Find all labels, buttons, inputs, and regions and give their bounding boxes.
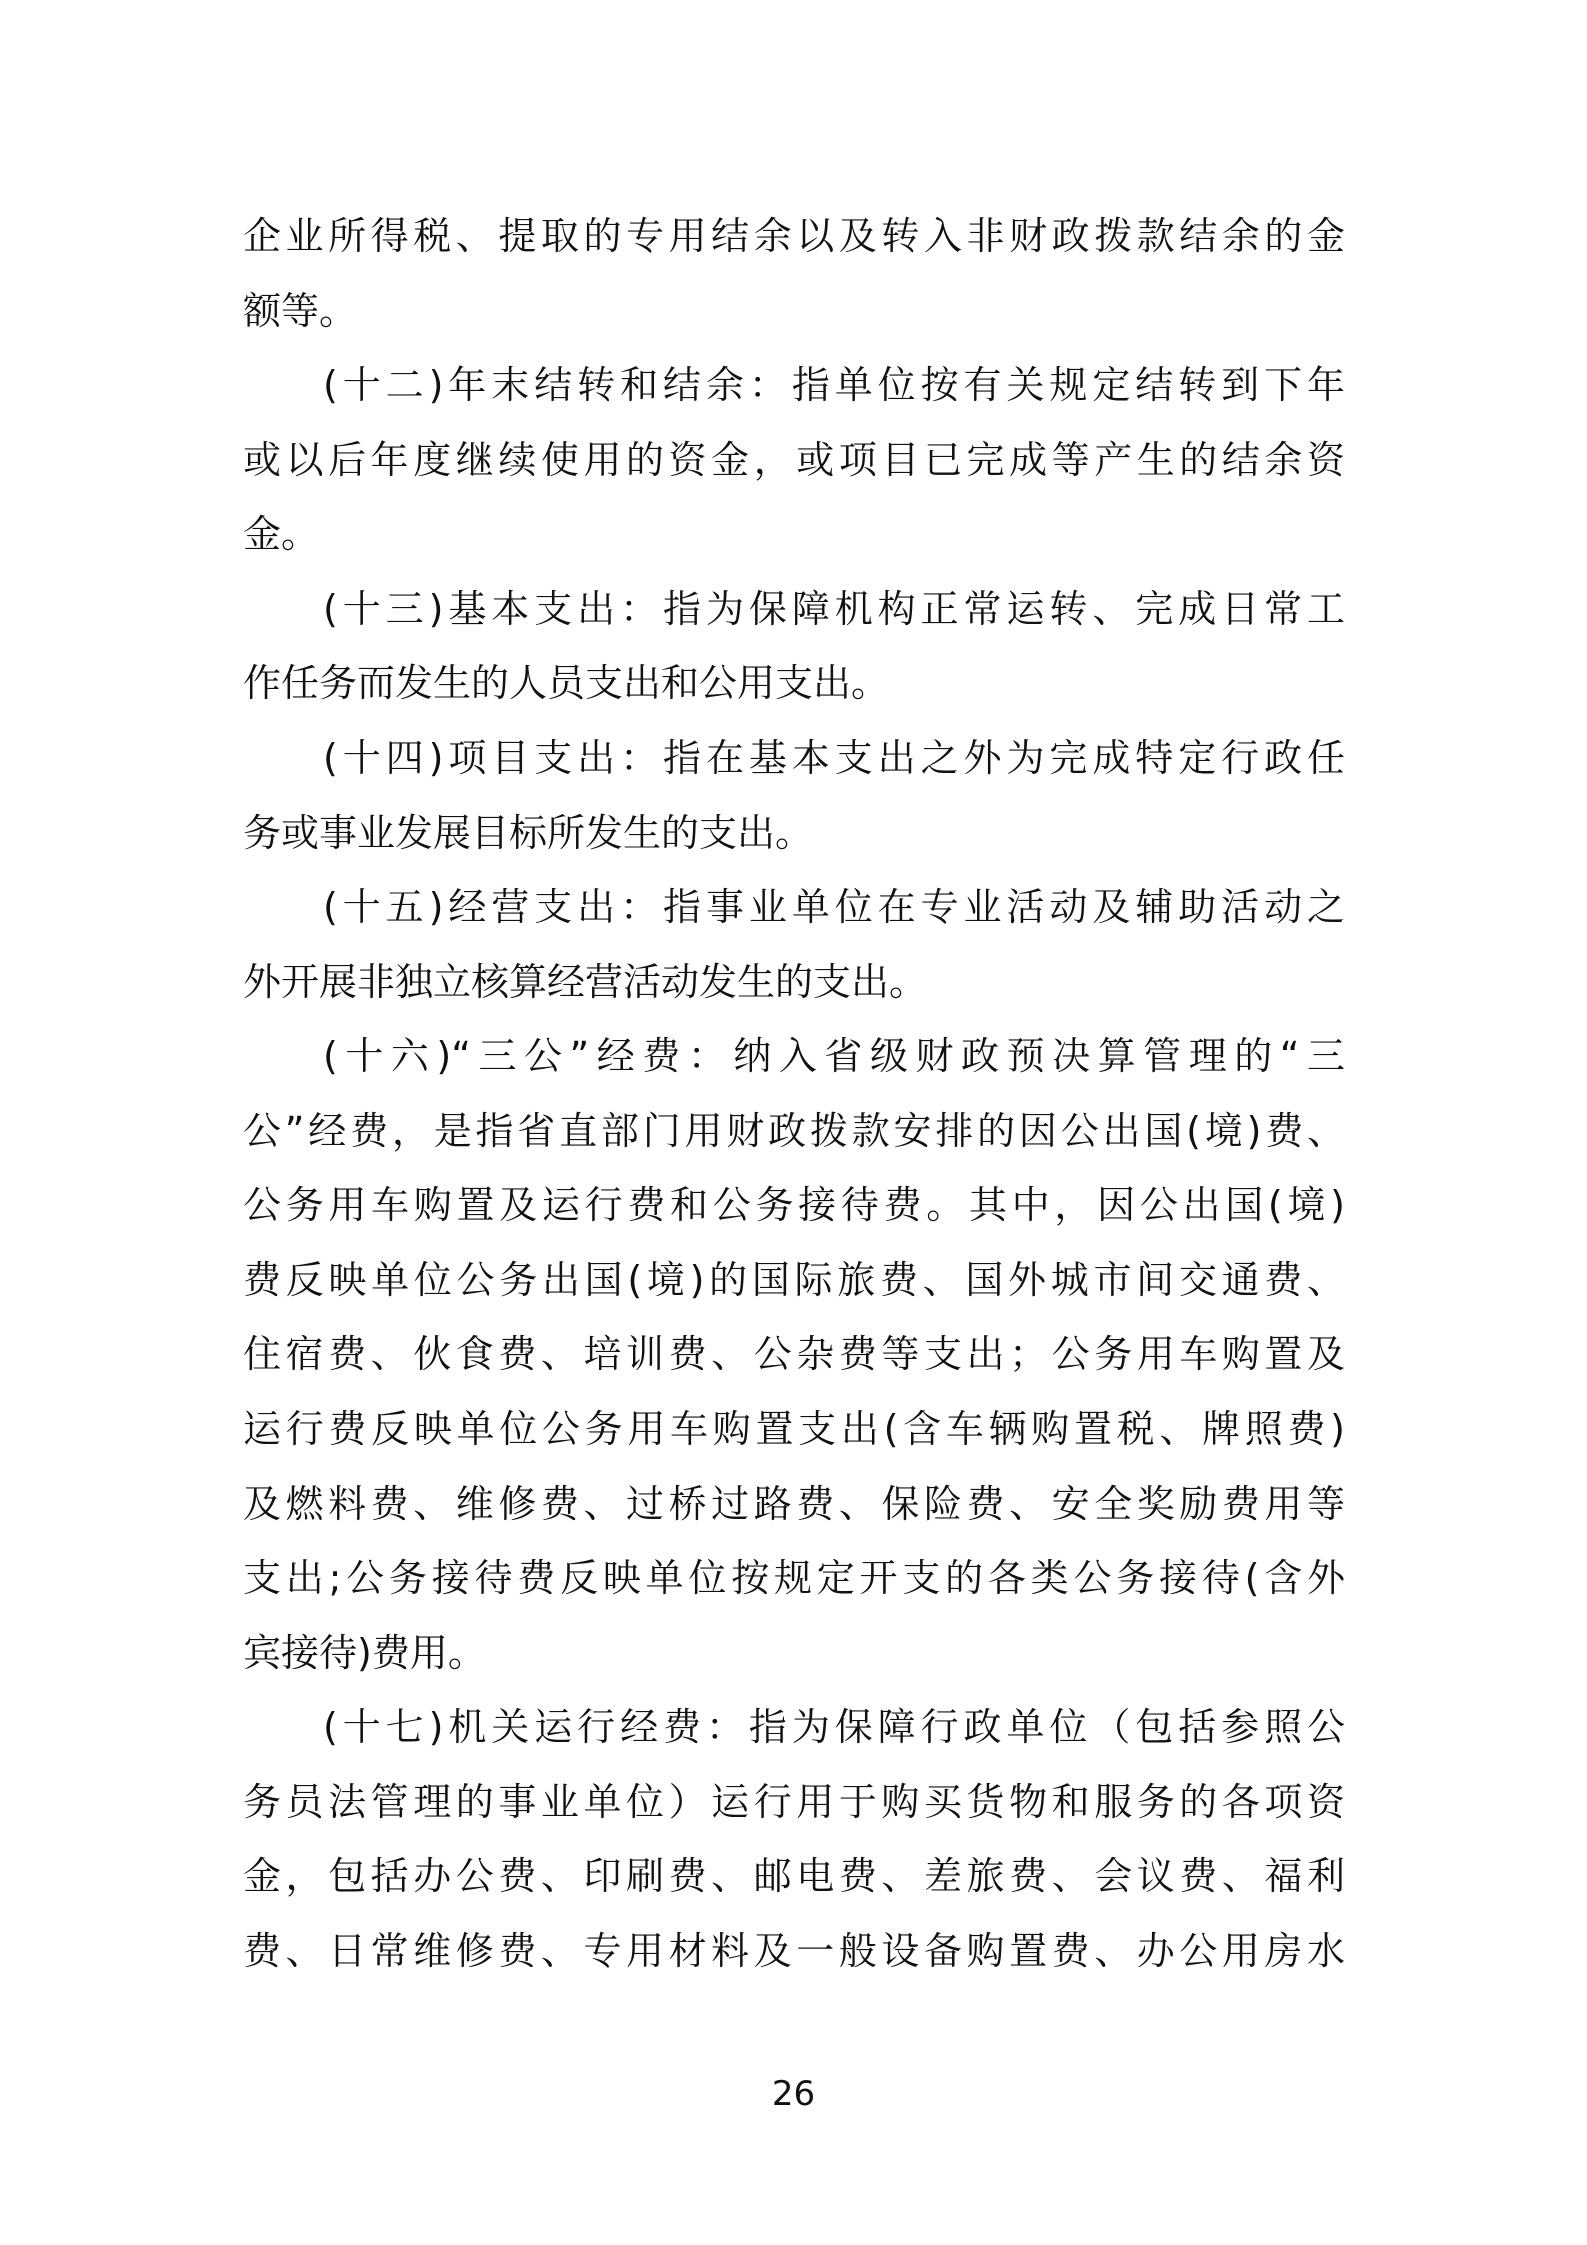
paragraph-p11-tail: 企业所得税、提取的专用结余以及转入非财政拨款结余的金额等。 — [243, 199, 1345, 348]
paragraph-p17: (十七)机关运行经费：指为保障行政单位（包括参照公务员法管理的事业单位）运行用于… — [243, 1690, 1345, 1988]
paragraph-p12: (十二)年末结转和结余：指单位按有关规定结转到下年或以后年度继续使用的资金，或项… — [243, 348, 1345, 572]
text-line: 金，包括办公费、印刷费、邮电费、差旅费、会议费、福利 — [243, 1839, 1345, 1914]
text-line: 费、日常维修费、专用材料及一般设备购置费、办公用房水 — [243, 1914, 1345, 1989]
text-line: 务或事业发展目标所发生的支出。 — [243, 796, 1345, 871]
body-text: 企业所得税、提取的专用结余以及转入非财政拨款结余的金额等。(十二)年末结转和结余… — [243, 199, 1345, 1989]
text-line: 额等。 — [243, 274, 1345, 349]
text-line: (十七)机关运行经费：指为保障行政单位（包括参照公 — [243, 1690, 1345, 1765]
text-line: 务员法管理的事业单位）运行用于购买货物和服务的各项资 — [243, 1765, 1345, 1840]
paragraph-p15: (十五)经营支出：指事业单位在专业活动及辅助活动之外开展非独立核算经营活动发生的… — [243, 870, 1345, 1019]
text-line: 及燃料费、维修费、过桥过路费、保险费、安全奖励费用等 — [243, 1467, 1345, 1542]
text-line: 公务用车购置及运行费和公务接待费。其中，因公出国(境) — [243, 1168, 1345, 1243]
text-line: 金。 — [243, 497, 1345, 572]
paragraph-p13: (十三)基本支出：指为保障机构正常运转、完成日常工作任务而发生的人员支出和公用支… — [243, 572, 1345, 721]
paragraph-p16: (十六)“三公”经费：纳入省级财政预决算管理的“三公”经费，是指省直部门用财政拨… — [243, 1019, 1345, 1690]
text-line: (十四)项目支出：指在基本支出之外为完成特定行政任 — [243, 721, 1345, 796]
paragraph-p14: (十四)项目支出：指在基本支出之外为完成特定行政任务或事业发展目标所发生的支出。 — [243, 721, 1345, 870]
page-number: 26 — [0, 2070, 1587, 2118]
text-line: 支出;公务接待费反映单位按规定开支的各类公务接待(含外 — [243, 1541, 1345, 1616]
text-line: 住宿费、伙食费、培训费、公杂费等支出；公务用车购置及 — [243, 1317, 1345, 1392]
text-line: 费反映单位公务出国(境)的国际旅费、国外城市间交通费、 — [243, 1243, 1345, 1318]
text-line: 作任务而发生的人员支出和公用支出。 — [243, 646, 1345, 721]
text-line: 公”经费，是指省直部门用财政拨款安排的因公出国(境)费、 — [243, 1094, 1345, 1169]
text-line: 外开展非独立核算经营活动发生的支出。 — [243, 945, 1345, 1020]
text-line: (十三)基本支出：指为保障机构正常运转、完成日常工 — [243, 572, 1345, 647]
document-page: 企业所得税、提取的专用结余以及转入非财政拨款结余的金额等。(十二)年末结转和结余… — [0, 0, 1587, 2245]
text-line: 企业所得税、提取的专用结余以及转入非财政拨款结余的金 — [243, 199, 1345, 274]
text-line: (十五)经营支出：指事业单位在专业活动及辅助活动之 — [243, 870, 1345, 945]
text-line: 宾接待)费用。 — [243, 1616, 1345, 1691]
text-line: 或以后年度继续使用的资金，或项目已完成等产生的结余资 — [243, 423, 1345, 498]
text-line: (十二)年末结转和结余：指单位按有关规定结转到下年 — [243, 348, 1345, 423]
text-line: 运行费反映单位公务用车购置支出(含车辆购置税、牌照费) — [243, 1392, 1345, 1467]
text-line: (十六)“三公”经费：纳入省级财政预决算管理的“三 — [243, 1019, 1345, 1094]
